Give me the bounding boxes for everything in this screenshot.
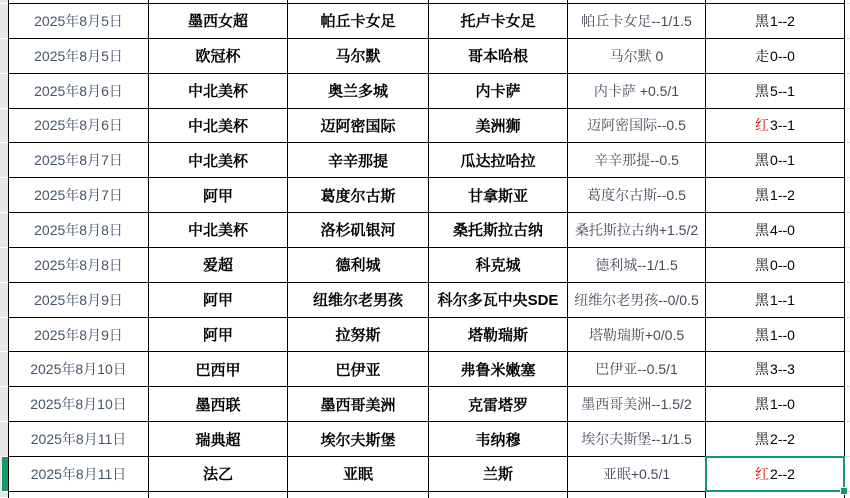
row-header[interactable] <box>0 492 8 498</box>
cell-handicap[interactable]: 埃尔夫斯堡--1/1.5 <box>568 422 706 457</box>
cell-result[interactable]: 红3--1 <box>706 109 845 144</box>
gridline-segment <box>845 74 850 109</box>
cell-date[interactable]: 2025年8月10日 <box>9 352 149 387</box>
cell-handicap[interactable]: 巴伊亚--0.5/1 <box>568 352 706 387</box>
cell-league[interactable]: 爱超 <box>149 248 288 283</box>
row-header[interactable] <box>0 422 8 457</box>
cell-league[interactable]: 中北美杯 <box>149 213 288 248</box>
result-score: 1--0 <box>770 327 795 343</box>
cell-league[interactable]: 阿甲 <box>149 318 288 353</box>
cell-home[interactable]: 洛杉矶银河 <box>288 213 429 248</box>
result-score: 3--1 <box>770 117 795 133</box>
result-score: 1--2 <box>770 187 795 203</box>
cell-date[interactable]: 2025年8月9日 <box>9 283 149 318</box>
result-flag: 黑 <box>755 11 769 31</box>
gridline-segment <box>845 143 850 178</box>
result-score: 1--0 <box>770 396 795 412</box>
cell-handicap[interactable]: 迈阿密国际--0.5 <box>568 109 706 144</box>
cell-away[interactable]: 哥本哈根 <box>429 39 568 74</box>
cell-home[interactable]: 辛辛那提 <box>288 143 429 178</box>
result-flag: 黑 <box>755 255 769 275</box>
cell-handicap[interactable]: 塔勒瑞斯+0/0.5 <box>568 318 706 353</box>
cell-result[interactable]: 黑2--2 <box>706 422 845 457</box>
result-score: 5--1 <box>770 83 795 99</box>
cell-league[interactable]: 墨西女超 <box>149 4 288 39</box>
gridline-segment <box>845 39 850 74</box>
result-flag: 走 <box>755 46 769 66</box>
cell-home[interactable]: 纽维尔老男孩 <box>288 283 429 318</box>
cell-away[interactable]: 瓜达拉哈拉 <box>429 143 568 178</box>
fill-handle[interactable] <box>840 487 848 495</box>
gridline-segment <box>845 318 850 353</box>
row-header[interactable] <box>0 248 8 283</box>
cell-away[interactable]: 科尔多瓦中央SDE <box>429 283 568 318</box>
cell-away[interactable]: 兰斯 <box>429 457 568 492</box>
row-header[interactable] <box>0 213 8 248</box>
partial-cell[interactable] <box>288 492 429 498</box>
gridline-segment <box>845 178 850 213</box>
cell-result[interactable]: 黑1--0 <box>706 387 845 422</box>
cell-home[interactable]: 亚眠 <box>288 457 429 492</box>
gridline-segment <box>845 4 850 39</box>
cell-away[interactable]: 弗鲁米嫩塞 <box>429 352 568 387</box>
cell-league[interactable]: 瑞典超 <box>149 422 288 457</box>
row-header[interactable] <box>0 387 8 422</box>
row-header[interactable] <box>0 457 8 492</box>
partial-cell[interactable] <box>149 492 288 498</box>
cell-handicap[interactable]: 亚眠+0.5/1 <box>568 457 706 492</box>
cell-away[interactable]: 克雷塔罗 <box>429 387 568 422</box>
cell-handicap[interactable]: 内卡萨 +0.5/1 <box>568 74 706 109</box>
cell-date[interactable]: 2025年8月8日 <box>9 213 149 248</box>
gridline-segment <box>845 387 850 422</box>
cell-result[interactable]: 黑0--0 <box>706 248 845 283</box>
result-flag: 黑 <box>755 220 769 240</box>
cell-away[interactable]: 塔勒瑞斯 <box>429 318 568 353</box>
result-flag: 黑 <box>755 394 769 414</box>
result-score: 4--0 <box>770 222 795 238</box>
cell-away[interactable]: 托卢卡女足 <box>429 4 568 39</box>
row-header[interactable] <box>0 74 8 109</box>
cell-league[interactable]: 墨西联 <box>149 387 288 422</box>
right-gridline-strip <box>845 0 850 498</box>
cell-result[interactable]: 黑1--0 <box>706 318 845 353</box>
cell-handicap[interactable]: 桑托斯拉古纳+1.5/2 <box>568 213 706 248</box>
cell-home[interactable]: 墨西哥美洲 <box>288 387 429 422</box>
cell-result[interactable]: 黑0--1 <box>706 143 845 178</box>
cell-league[interactable]: 中北美杯 <box>149 74 288 109</box>
result-flag: 黑 <box>755 359 769 379</box>
gridline-segment <box>845 213 850 248</box>
result-flag: 黑 <box>755 290 769 310</box>
cell-handicap[interactable]: 纽维尔老男孩--0/0.5 <box>568 283 706 318</box>
cell-home[interactable]: 巴伊亚 <box>288 352 429 387</box>
partial-cell[interactable] <box>429 492 568 498</box>
gridline-segment <box>845 109 850 144</box>
result-flag: 黑 <box>755 150 769 170</box>
partial-cell[interactable] <box>9 492 149 498</box>
cell-league[interactable]: 阿甲 <box>149 283 288 318</box>
cell-date[interactable]: 2025年8月8日 <box>9 248 149 283</box>
cell-result[interactable]: 黑5--1 <box>706 74 845 109</box>
spreadsheet-view: 2025年8月5日墨西女超帕丘卡女足托卢卡女足帕丘卡女足--1/1.5黑1--2… <box>0 0 850 498</box>
cell-date[interactable]: 2025年8月9日 <box>9 318 149 353</box>
cell-result[interactable]: 黑4--0 <box>706 213 845 248</box>
result-flag: 黑 <box>755 81 769 101</box>
result-flag: 黑 <box>755 325 769 345</box>
cell-date[interactable]: 2025年8月10日 <box>9 387 149 422</box>
row-header[interactable] <box>0 318 8 353</box>
cell-date[interactable]: 2025年8月6日 <box>9 74 149 109</box>
cell-date[interactable]: 2025年8月5日 <box>9 39 149 74</box>
cell-home[interactable]: 埃尔夫斯堡 <box>288 422 429 457</box>
cell-handicap[interactable]: 辛辛那提--0.5 <box>568 143 706 178</box>
gridline-segment <box>845 283 850 318</box>
betting-records-table: 2025年8月5日墨西女超帕丘卡女足托卢卡女足帕丘卡女足--1/1.5黑1--2… <box>8 0 845 498</box>
cell-league[interactable]: 巴西甲 <box>149 352 288 387</box>
cell-handicap[interactable]: 马尔默 0 <box>568 39 706 74</box>
row-header[interactable] <box>0 178 8 213</box>
cell-home[interactable]: 拉努斯 <box>288 318 429 353</box>
row-header[interactable] <box>0 283 8 318</box>
cell-home[interactable]: 马尔默 <box>288 39 429 74</box>
cell-handicap[interactable]: 德利城--1/1.5 <box>568 248 706 283</box>
cell-home[interactable]: 迈阿密国际 <box>288 109 429 144</box>
cell-home[interactable]: 德利城 <box>288 248 429 283</box>
result-score: 0--1 <box>770 152 795 168</box>
result-flag: 黑 <box>755 429 769 449</box>
cell-league[interactable]: 中北美杯 <box>149 109 288 144</box>
cell-date[interactable]: 2025年8月5日 <box>9 4 149 39</box>
gridline-segment <box>845 422 850 457</box>
cell-date[interactable]: 2025年8月7日 <box>9 143 149 178</box>
result-flag: 黑 <box>755 185 769 205</box>
result-flag: 红 <box>755 464 769 484</box>
cell-result[interactable]: 黑3--3 <box>706 352 845 387</box>
row-header[interactable] <box>0 143 8 178</box>
result-score: 0--0 <box>770 257 795 273</box>
cell-home[interactable]: 葛度尔古斯 <box>288 178 429 213</box>
row-header[interactable] <box>0 4 8 39</box>
result-flag: 红 <box>755 115 769 135</box>
result-score: 1--2 <box>770 13 795 29</box>
cell-away[interactable]: 科克城 <box>429 248 568 283</box>
row-header-strip <box>0 0 8 498</box>
cell-date[interactable]: 2025年8月11日 <box>9 457 149 492</box>
cell-handicap[interactable]: 葛度尔古斯--0.5 <box>568 178 706 213</box>
cell-handicap[interactable]: 墨西哥美洲--1.5/2 <box>568 387 706 422</box>
result-score: 0--0 <box>770 48 795 64</box>
cell-league[interactable]: 中北美杯 <box>149 143 288 178</box>
cell-result[interactable]: 走0--0 <box>706 39 845 74</box>
gridline-segment <box>845 248 850 283</box>
cell-date[interactable]: 2025年8月11日 <box>9 422 149 457</box>
cell-away[interactable]: 桑托斯拉古纳 <box>429 213 568 248</box>
result-score: 3--3 <box>770 361 795 377</box>
result-score: 2--2 <box>770 431 795 447</box>
cell-league[interactable]: 阿甲 <box>149 178 288 213</box>
cell-away[interactable]: 内卡萨 <box>429 74 568 109</box>
result-score: 2--2 <box>770 466 795 482</box>
cell-league[interactable]: 法乙 <box>149 457 288 492</box>
cell-date[interactable]: 2025年8月6日 <box>9 109 149 144</box>
cell-league[interactable]: 欧冠杯 <box>149 39 288 74</box>
cell-result[interactable]: 黑1--1 <box>706 283 845 318</box>
selected-cell-result[interactable]: 红2--2 <box>706 457 845 492</box>
cell-result[interactable]: 黑1--2 <box>706 4 845 39</box>
cell-away[interactable]: 甘拿斯亚 <box>429 178 568 213</box>
cell-away[interactable]: 美洲狮 <box>429 109 568 144</box>
cell-result[interactable]: 黑1--2 <box>706 178 845 213</box>
cell-away[interactable]: 韦纳穆 <box>429 422 568 457</box>
gridline-segment <box>845 352 850 387</box>
cell-home[interactable]: 帕丘卡女足 <box>288 4 429 39</box>
cell-handicap[interactable]: 帕丘卡女足--1/1.5 <box>568 4 706 39</box>
row-header[interactable] <box>0 109 8 144</box>
result-score: 1--1 <box>770 292 795 308</box>
cell-home[interactable]: 奥兰多城 <box>288 74 429 109</box>
row-header[interactable] <box>0 352 8 387</box>
cell-date[interactable]: 2025年8月7日 <box>9 178 149 213</box>
partial-cell[interactable] <box>706 492 845 498</box>
row-header[interactable] <box>0 39 8 74</box>
partial-cell[interactable] <box>568 492 706 498</box>
